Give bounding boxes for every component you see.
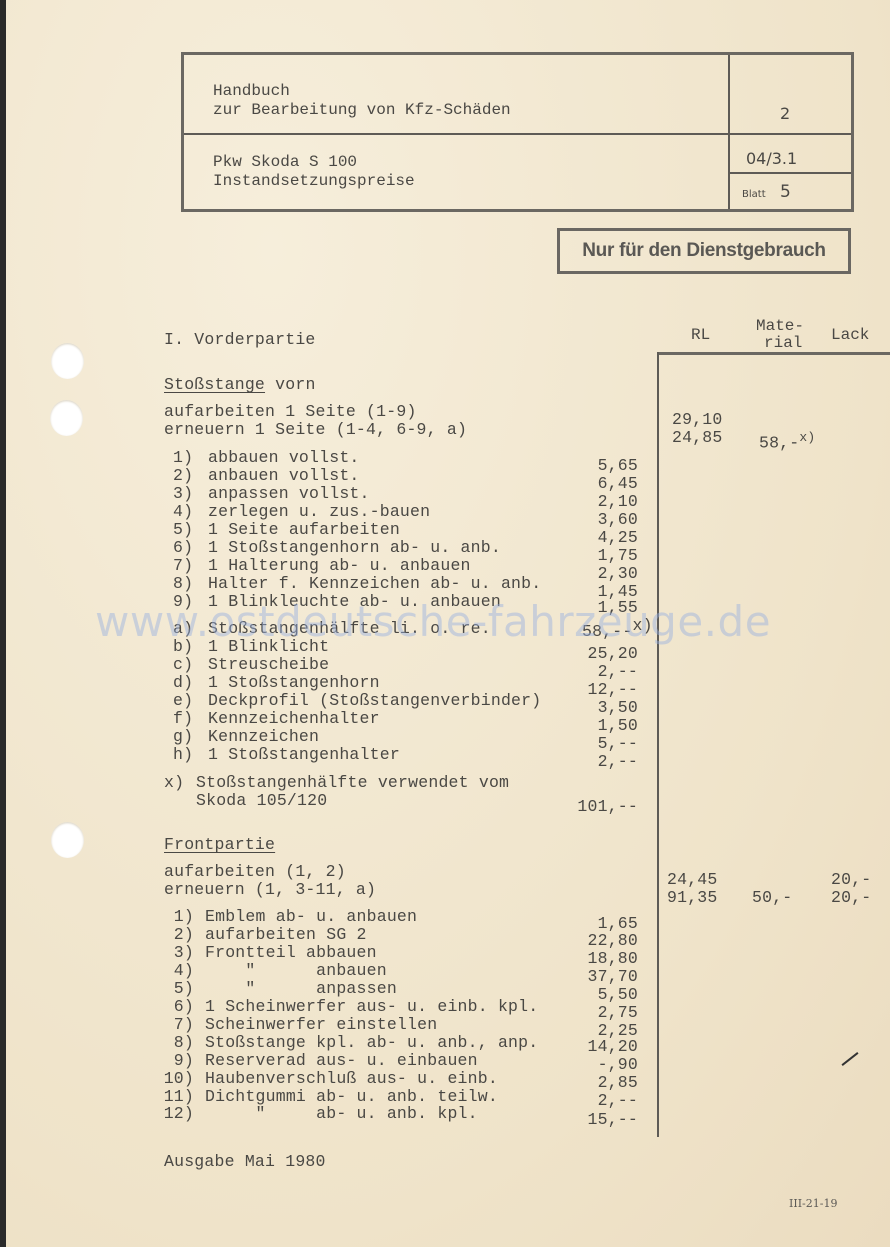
list-item-label: 1 Stoßstangenhorn ab- u. anb.	[208, 539, 501, 557]
manual-title: Handbuch	[213, 82, 290, 100]
summary-rl: 29,10	[672, 411, 723, 429]
list-item-label: Reserverad aus- u. einbauen	[205, 1052, 478, 1070]
list-item-label: Haubenverschluß aus- u. einb.	[205, 1070, 498, 1088]
list-item-value: 3,60	[560, 511, 638, 529]
list-item-label: 1 Scheinwerfer aus- u. einb. kpl.	[205, 998, 538, 1016]
summary-material: 50,-	[752, 889, 792, 907]
list-item-label: Scheinwerfer einstellen	[205, 1016, 437, 1034]
part-key: e)	[173, 692, 193, 710]
header-box: Handbuch zur Bearbeitung von Kfz-Schäden…	[181, 52, 854, 212]
list-item-key: 12)	[150, 1105, 194, 1123]
list-item-key: 7)	[173, 557, 193, 575]
list-item-key: 8)	[173, 575, 193, 593]
list-item-key: 3)	[173, 485, 193, 503]
list-item-label: Frontteil abbauen	[205, 944, 377, 962]
group-title-bumper: Stoßstange vorn	[164, 376, 316, 394]
list-item-label: abbauen vollst.	[208, 449, 360, 467]
part-key: c)	[173, 656, 193, 674]
part-value: 1,50	[560, 717, 638, 735]
volume-number: 2	[780, 105, 790, 123]
list-item-label: 1 Seite aufarbeiten	[208, 521, 400, 539]
list-item-value: 2,75	[560, 1004, 638, 1022]
list-item-key: 8)	[150, 1034, 194, 1052]
list-item-key: 6)	[150, 998, 194, 1016]
part-label: Kennzeichen	[208, 728, 319, 746]
part-label: 1 Stoßstangenhalter	[208, 746, 400, 764]
part-key: f)	[173, 710, 193, 728]
list-item-key: 5)	[173, 521, 193, 539]
list-item-key: 7)	[150, 1016, 194, 1034]
sheet-number: 5	[780, 183, 791, 201]
edition-note: Ausgabe Mai 1980	[164, 1153, 326, 1171]
part-value: 3,50	[560, 699, 638, 717]
list-item-value: -,90	[560, 1056, 638, 1074]
list-item-key: 4)	[173, 503, 193, 521]
list-item-value: 2,10	[560, 493, 638, 511]
column-header-material-1: Mate-	[756, 318, 804, 334]
list-item-key: 10)	[150, 1070, 194, 1088]
summary-label: aufarbeiten (1, 2)	[164, 863, 346, 881]
punch-hole	[51, 343, 84, 379]
part-value: 25,20	[560, 645, 638, 663]
list-item-value: 4,25	[560, 529, 638, 547]
punch-hole	[51, 822, 84, 858]
summary-rl: 24,45	[667, 871, 718, 889]
footnote-line1: Stoßstangenhälfte verwendet vom	[196, 774, 509, 792]
part-key: d)	[173, 674, 193, 692]
section-code: 04/3.1	[746, 150, 797, 168]
list-item-label: " anpassen	[205, 980, 397, 998]
vehicle-name: Pkw Skoda S 100	[213, 153, 357, 171]
footer-code: III-21-19	[789, 1197, 837, 1210]
summary-lack: 20,-	[831, 871, 871, 889]
list-item-value: 14,20	[560, 1038, 638, 1056]
confidential-stamp: Nur für den Dienstgebrauch	[557, 228, 851, 274]
list-item-value: 6,45	[560, 475, 638, 493]
watermark: www.ostdeutsche-fahrzeuge.de	[95, 597, 771, 646]
part-label: Kennzeichenhalter	[208, 710, 380, 728]
part-key: g)	[173, 728, 193, 746]
list-item-label: aufarbeiten SG 2	[205, 926, 367, 944]
list-item-key: 4)	[150, 962, 194, 980]
list-item-label: anbauen vollst.	[208, 467, 360, 485]
list-item-label: Emblem ab- u. anbauen	[205, 908, 417, 926]
list-item-key: 6)	[173, 539, 193, 557]
punch-hole	[50, 400, 83, 436]
list-item-value: 2,85	[560, 1074, 638, 1092]
table-top-rule	[657, 352, 890, 355]
list-item-value: 5,50	[560, 986, 638, 1004]
summary-label: erneuern 1 Seite (1-4, 6-9, a)	[164, 421, 467, 439]
list-item-value: 2,--	[560, 1092, 638, 1110]
list-item-label: " ab- u. anb. kpl.	[205, 1105, 478, 1123]
summary-rl: 24,85	[672, 429, 723, 447]
list-item-key: 9)	[150, 1052, 194, 1070]
list-item-value: 5,65	[560, 457, 638, 475]
part-key: h)	[173, 746, 193, 764]
list-item-label: Halter f. Kennzeichen ab- u. anb.	[208, 575, 541, 593]
column-header-material-2: rial	[764, 335, 802, 351]
section-title: I. Vorderpartie	[164, 331, 316, 349]
list-item-value: 22,80	[560, 932, 638, 950]
summary-label: aufarbeiten 1 Seite (1-9)	[164, 403, 417, 421]
list-item-value: 18,80	[560, 950, 638, 968]
footnote-value: 101,--	[540, 798, 638, 816]
sheet-label: Blatt	[742, 186, 766, 204]
list-item-key: 2)	[150, 926, 194, 944]
document-subject: Instandsetzungspreise	[213, 172, 415, 190]
group-title-front: Frontpartie	[164, 836, 275, 854]
part-value: 5,--	[560, 735, 638, 753]
list-item-value: 1,75	[560, 547, 638, 565]
list-item-value: 2,30	[560, 565, 638, 583]
list-item-key: 2)	[173, 467, 193, 485]
part-label: 1 Stoßstangenhorn	[208, 674, 380, 692]
list-item-label: zerlegen u. zus.-bauen	[208, 503, 430, 521]
summary-lack: 20,-	[831, 889, 871, 907]
manual-subtitle: zur Bearbeitung von Kfz-Schäden	[213, 101, 511, 119]
list-item-value: 37,70	[560, 968, 638, 986]
column-header-rl: RL	[691, 327, 710, 343]
part-label: Deckprofil (Stoßstangenverbinder)	[208, 692, 541, 710]
table-left-rule	[657, 352, 659, 1137]
list-item-key: 1)	[173, 449, 193, 467]
part-label: Streuscheibe	[208, 656, 329, 674]
part-value: 2,--	[560, 753, 638, 771]
footnote-line2: Skoda 105/120	[196, 792, 327, 810]
summary-label: erneuern (1, 3-11, a)	[164, 881, 376, 899]
list-item-label: anpassen vollst.	[208, 485, 370, 503]
list-item-label: 1 Halterung ab- u. anbauen	[208, 557, 471, 575]
summary-material: 58,-x)	[759, 429, 815, 453]
list-item-label: Stoßstange kpl. ab- u. anb., anp.	[205, 1034, 538, 1052]
list-item-key: 3)	[150, 944, 194, 962]
list-item-key: 5)	[150, 980, 194, 998]
summary-rl: 91,35	[667, 889, 718, 907]
list-item-key: 1)	[150, 908, 194, 926]
footnote-key: x)	[164, 774, 184, 792]
list-item-value: 15,--	[560, 1111, 638, 1129]
column-header-lack: Lack	[831, 327, 869, 343]
part-value: 12,--	[560, 681, 638, 699]
part-value: 2,--	[560, 663, 638, 681]
list-item-label: " anbauen	[205, 962, 387, 980]
